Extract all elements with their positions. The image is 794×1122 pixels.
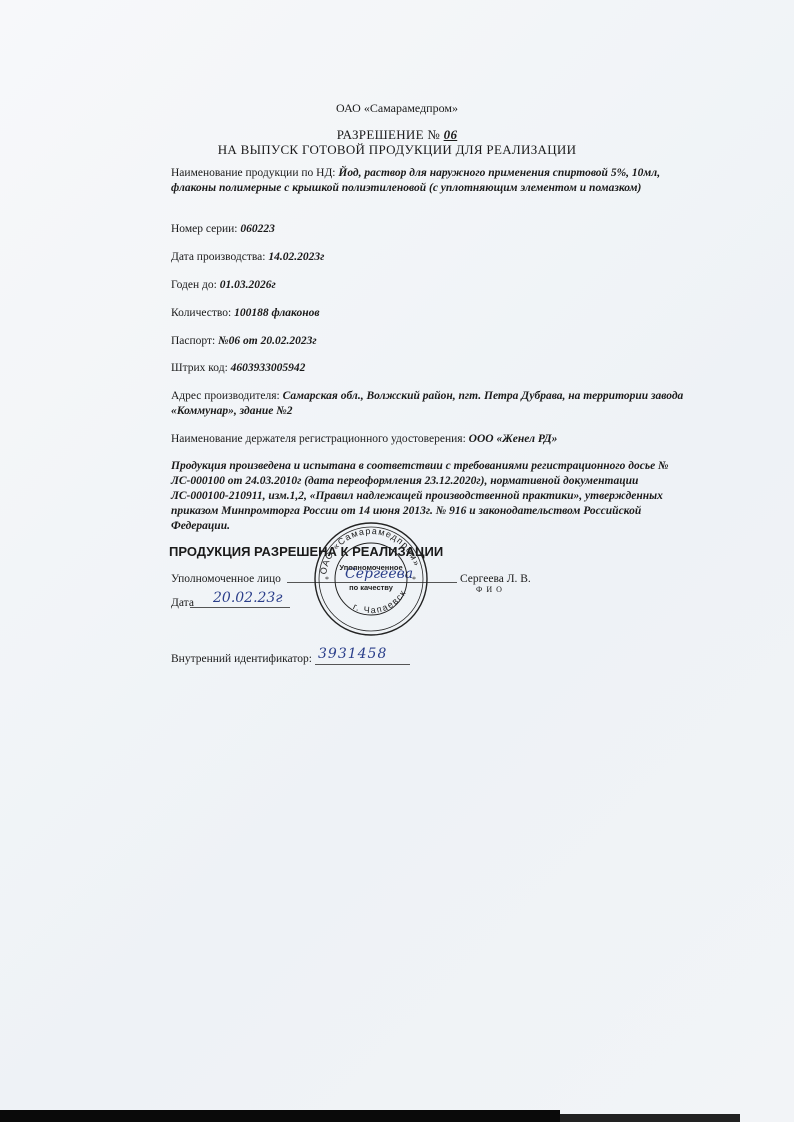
field-value: ООО «Женел РД» [469,433,558,445]
permit-title: РАЗРЕШЕНИЕ № 06 [0,127,794,143]
permit-subtitle: НА ВЫПУСК ГОТОВОЙ ПРОДУКЦИИ ДЛЯ РЕАЛИЗАЦ… [0,142,794,158]
field-label: Паспорт: [171,335,218,347]
product-name-field: Наименование продукции по НД: Йод, раств… [171,166,686,196]
field-label: Адрес производителя: [171,390,283,402]
field-value: 100188 флаконов [234,307,319,319]
svg-text:*: * [325,575,329,584]
field-label: Штрих код: [171,362,231,374]
organization-name: ОАО «Самарамедпром» [0,101,794,116]
svg-text:*: * [412,575,416,584]
field-value: 01.03.2026г [220,279,276,291]
field-label: Дата производства: [171,251,268,263]
field-label: Наименование держателя регистрационного … [171,433,469,445]
field-label: Номер серии: [171,223,240,235]
field-label: Количество: [171,307,234,319]
series-field: Номер серии: 060223 [171,222,275,237]
quantity-field: Количество: 100188 флаконов [171,306,319,321]
date-value: 20.02.23г [213,590,282,606]
field-value: 4603933005942 [231,362,306,374]
compliance-statement: Продукция произведена и испытана в соотв… [171,459,691,534]
field-value: 14.02.2023г [268,251,324,263]
date-label: Дата [171,596,194,611]
svg-text:Уполномоченное: Уполномоченное [339,563,402,572]
internal-id-label: Внутренний идентификатор: [171,652,312,667]
field-value: 060223 [240,223,275,235]
field-label: Годен до: [171,279,220,291]
address-field: Адрес производителя: Самарская обл., Вол… [171,389,686,419]
passport-field: Паспорт: №06 от 20.02.2023г [171,334,317,349]
authorized-person-label: Уполномоченное лицо [171,572,281,587]
document-page: ОАО «Самарамедпром» РАЗРЕШЕНИЕ № 06 НА В… [0,0,794,1122]
internal-id-value: 3931458 [318,646,387,662]
field-value: №06 от 20.02.2023г [218,335,316,347]
permit-number: 06 [444,127,458,142]
permit-prefix: РАЗРЕШЕНИЕ № [337,127,444,142]
production-date-field: Дата производства: 14.02.2023г [171,250,324,265]
name-caption: Ф И О [476,585,503,594]
date-line [190,607,290,608]
field-label: Наименование продукции по НД: [171,167,338,179]
internal-id-line [315,664,410,665]
barcode-field: Штрих код: 4603933005942 [171,361,305,376]
scan-edge [0,1110,560,1122]
quality-stamp: ОАО «Самарамедпром» г. Чапаевск Уполномо… [312,520,430,638]
scan-edge-2 [560,1114,740,1122]
svg-text:по качеству: по качеству [349,583,394,592]
holder-field: Наименование держателя регистрационного … [171,432,557,447]
expiry-field: Годен до: 01.03.2026г [171,278,276,293]
